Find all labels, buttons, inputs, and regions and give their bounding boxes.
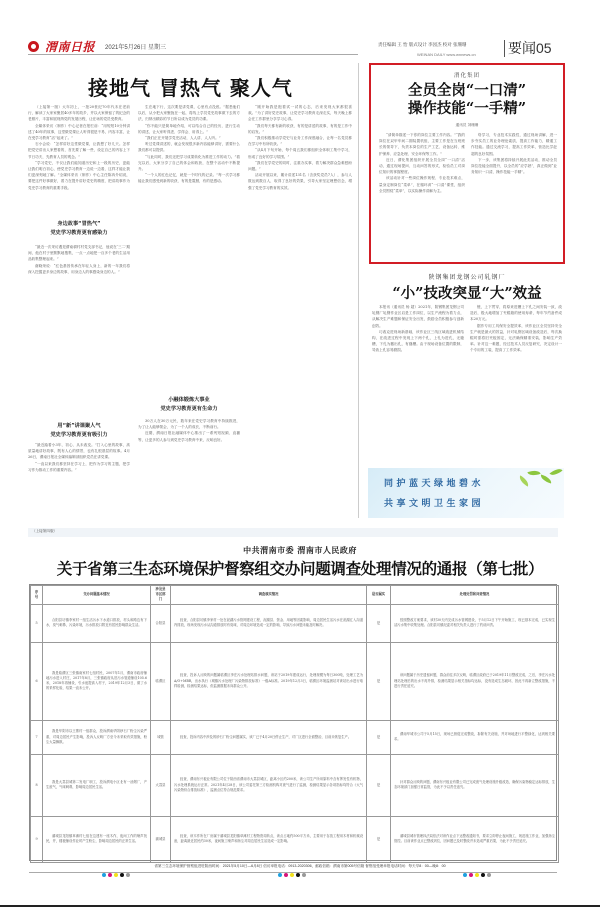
finding-cell: 经查，投诉人反映的问题属临渭区李庄污水处理站排水问题，该站于2019年建成运行，… xyxy=(171,642,367,720)
notice-title: 关于省第三生态环境保护督察组交办问题调查处理情况的通报（第七批） xyxy=(0,557,600,579)
table-row: 7 我是华阴市以王寨村一组群众，投诉渭南华阴砂石厂粉尘污染严重，对周边居民产生影… xyxy=(31,720,559,754)
feature-byline: 通讯员 刘珊珊 xyxy=(371,123,563,128)
district-cell: 临渭区 xyxy=(151,642,171,720)
issue-cell: 蒲城县龙阳镇草滩村七组在这建有一座木作，夜间工作的噪声扰民，并，楼板铺设作业时产… xyxy=(43,816,151,862)
paragraph: “与此同时，我们还把学习成果转化为推进工作的动力。”看完以后，大家分享了自己的体… xyxy=(138,154,240,173)
row-number: 7 xyxy=(31,720,43,754)
table-row: 5 合阳县坊镇李家村一组生活污水下水道口排放，村头和路边有下水，臭气刺鼻，污染环… xyxy=(31,604,559,642)
story-column-1: （上接第一版）大年初上，一批20世纪70年代末在老前行，解读了大家家聚居40多年… xyxy=(28,104,130,214)
registration-marks xyxy=(102,873,130,877)
leaf-icon xyxy=(517,475,530,486)
paragraph: “最近一次采访遇见渭南耕村村党支部书记，他说在‘三二’期间，他在村子里默默地搜集… xyxy=(28,244,130,263)
feature-title: 全员全岗“一口清” 操作技能“一手精” xyxy=(371,82,563,118)
paragraph: “学习党史，不仅让我们能知道历史和上一段的历史，更能让我们明白初心，使党史学习教… xyxy=(28,160,130,191)
cyan-dot-icon xyxy=(463,873,467,877)
paragraph: “从4月下旬开始，每个周五我们都组织全体职工集中学习，形成了良好的学习氛围。” xyxy=(248,147,352,159)
featured-article-box[interactable]: 渭化集团 全员全岗“一口清” 操作技能“一手精” 通讯员 刘珊珊 “请简单描述一… xyxy=(369,63,565,264)
paragraph: “我们积极推动学党史与业务工作深度融合，让每一名党员都在学习中有所收获。” xyxy=(248,135,352,147)
paragraph: 听过党课讲述的，就会发现很多新内容能够讲好，需要什么我们都可以提供。 xyxy=(138,141,240,153)
valid-cell: 是 xyxy=(367,816,391,862)
feature2-column-1: 本报讯（通讯员 杨 超）2021年，陕钢集团龙钢公司轧钢厂轧钢作业区启是工作岗位… xyxy=(372,304,464,460)
paragraph: 近期，渭南日报社融媒体中心推出了一系列短视频、直播等，让更多的人参与到党史学习教… xyxy=(138,430,240,442)
column-header: 序号 xyxy=(31,586,43,605)
subheading-line: 小融体锻炼大事业 xyxy=(138,396,240,405)
column-header: 涉及县市区部门 xyxy=(151,586,171,605)
row-number: 8 xyxy=(31,754,43,816)
district-cell: 大荔县 xyxy=(151,754,171,816)
feature2-kicker: 陕钢集团龙钢公司轧钢厂 xyxy=(369,272,565,281)
paragraph: 本报讯（通讯员 杨 超）2021年，陕钢集团龙钢公司轧钢厂轧钢作业区启是工作岗位… xyxy=(372,304,464,329)
notice-table: 序号 交办问题基本情况 涉及县市区部门 调查核实情况 是否属实 处理处罚和问责情… xyxy=(29,584,557,861)
paragraph: 30万人在30万元民，数年来在党史学习教育中持续推进，为了让人能够领会，为了一个… xyxy=(138,418,240,430)
district-cell: 合阳县 xyxy=(151,604,171,642)
paragraph: 巧改克进现场新基础，该作业区三线区域改进机械结构，在改进过程中发现上下两个孔，上… xyxy=(372,329,464,354)
valid-cell: 是 xyxy=(367,754,391,816)
row-number: 5 xyxy=(31,604,43,642)
masthead: 渭南日报 2021年5月26日 星期三 xyxy=(28,38,166,55)
district-cell: 蒲城县 xyxy=(151,816,171,862)
section-name: 要闻 xyxy=(508,41,536,57)
feature2-column-2: 链，上下贯穿，将原来进槽上下孔之间安装一致，改造后，极大地增加了夹辊箱的使用寿命… xyxy=(470,304,562,460)
feature-column-1: “请简单描述一下你的岗位主要工作内容。”“我的岗位在双甲车间二期装置机组，主要工… xyxy=(379,132,465,260)
yellow-dot-icon xyxy=(290,873,294,877)
leaf-icon xyxy=(549,468,562,478)
table-row: 9 蒲城县龙阳镇草滩村七组在这建有一座木作，夜间工作的噪声扰民，并，楼板铺设作业… xyxy=(31,816,559,862)
black-dot-icon xyxy=(296,873,300,877)
gray-dot-icon xyxy=(487,873,491,877)
action-cell: 蒲城县城市管理执法局依法对该作业点下达整改通知书，要求立即停止夜间施工，规范施工… xyxy=(391,816,559,862)
subheading-line: 党史学习教育更有感染力 xyxy=(28,229,130,238)
valid-cell: 是 xyxy=(367,642,391,720)
paragraph: “刚开始我是抱着试一试的心态，后来发现大家都很喜欢。”为了讲好党史故事，让党史学… xyxy=(248,104,352,123)
issue-cell: 我是华阴市以王寨村一组群众，投诉渭南华阴砂石厂粉尘污染严重，对周边居民产生影响，… xyxy=(43,720,151,754)
newspaper-page: 渭南日报 2021年5月26日 星期三 责任编辑 王 怡 版式设计 李园杰 校对… xyxy=(0,0,600,907)
paragraph: 活动开展以来，累计讲述131名（含获奖党员7人），参与人数达到数百人，取得了良好… xyxy=(248,172,352,191)
yellow-dot-icon xyxy=(114,873,118,877)
black-dot-icon xyxy=(481,873,485,877)
masthead-rule xyxy=(28,54,358,55)
cyan-dot-icon xyxy=(278,873,282,877)
logo-icon xyxy=(28,41,39,52)
registration-marks xyxy=(278,873,306,877)
banner-line-2: 共享文明卫生家园 xyxy=(384,496,484,509)
yellow-dot-icon xyxy=(475,873,479,877)
public-service-banner[interactable]: 同护蓝天绿地碧水 共享文明卫生家园 xyxy=(368,468,564,518)
story-column-1b: “最近一次采访遇见渭南耕村村党支部书记，他说在‘三二’期间，他在村子里默默地搜集… xyxy=(28,244,130,340)
paragraph: 石小会说：“怎样讲好这堂微党课，让我想了好几天。怎样把党史讲出人家想看的，首先要… xyxy=(28,141,130,160)
section-divider xyxy=(504,40,505,57)
hotline-footer: 省第三生态环境保护督察组进驻陕西时间：2021年5月10日—6月8日 信访举报电… xyxy=(0,864,600,869)
table-header-row: 序号 交办问题基本情况 涉及县市区部门 调查核实情况 是否属实 处理处罚和问责情… xyxy=(31,586,559,605)
gray-dot-icon xyxy=(302,873,306,877)
row-number: 9 xyxy=(31,816,43,862)
column-header: 处理处罚和问责情况 xyxy=(391,586,559,605)
story-column-1c: “最近踏着小3年，初心、从未改变。”打入心里的故事，高质量地讲好故事，既有人心的… xyxy=(28,442,130,516)
valid-cell: 是 xyxy=(367,720,391,754)
feature-title-line: 全员全岗“一口清” xyxy=(371,82,563,100)
registration-marks xyxy=(463,873,491,877)
page-number: 05 xyxy=(536,40,552,56)
subheading-line: 党史学习教育更有生命力 xyxy=(138,405,240,414)
paragraph: “我们在学党史的同时，注重办实事，着力解决群众急难愁盼问题。” xyxy=(248,160,352,172)
subheading-3: 小融体锻炼大事业 党史学习教育更有生命力 xyxy=(138,396,240,414)
paragraph: 谢晓荣说：“红色基因传承在年轻人身上，新的一年我们将深入挖掘更多身边的故事，用身… xyxy=(28,263,130,275)
action-cell: 该问题属于历史遗留问题，群众前往多次反映，临渭区政府已于2019年11月整改完成… xyxy=(391,642,559,720)
column-header: 交办问题基本情况 xyxy=(43,586,151,605)
magenta-dot-icon xyxy=(108,873,112,877)
paragraph: （上接第一版）大年初上，一批20世纪70年代末在老前行，解读了大家家聚居40多年… xyxy=(28,104,130,123)
district-cell: 城管 xyxy=(151,720,171,754)
row-number: 6 xyxy=(31,642,43,720)
website-line: WEINAN DAILY www.wnnews.cn xyxy=(417,52,476,57)
continued-label: （上接第四版） xyxy=(32,529,57,534)
feature2-title: “小”技改突显“大”效益 xyxy=(369,282,565,303)
story-column-3: “刚开始我是抱着试一试的心态，后来发现大家都很喜欢。”为了讲好党史故事，让党史学… xyxy=(248,104,352,516)
paragraph: 下一步，该集团将持续开展此类活动，推动全员岗位技能全面提升，以全员的“应学熟”，… xyxy=(471,157,557,176)
paragraph: “你不能只是简单地介绍，可以结合自己的经历，进行生动的讲述，让大家听得进、学得会… xyxy=(138,123,240,135)
paragraph: “最近踏着小3年，初心、从未改变。”打入心里的故事，高质量地讲好故事，既有人心的… xyxy=(28,442,130,461)
issue-cell: 合阳县坊镇李家村一组生活污水下水道口排放，村头和路边有下水，臭气刺鼻，污染环境，… xyxy=(43,604,151,642)
paragraph: “请简单描述一下你的岗位主要工作内容。”“我的岗位在双甲车间二期装置机组，主要工… xyxy=(379,132,465,157)
finding-cell: 经查，该木作所在厂房属于蒲城县龙阳镇草滩村工程物资周转点，该点占地约500平方米… xyxy=(171,816,367,862)
cyan-dot-icon xyxy=(102,873,106,877)
table-row: 8 我是大荔县城第二发电厂职工，投诉渭电小区北有一油烟厂，产生废气，气味刺鼻，影… xyxy=(31,754,559,816)
subheading-2: 用“新”讲课聚人气 党史学习教育更有吸引力 xyxy=(28,422,130,440)
gray-dot-icon xyxy=(126,873,130,877)
notice-issuers: 中共渭南市委 渭南市人民政府 xyxy=(0,545,600,556)
finding-cell: 经查，渭南东兴板业有限公司位于陕西省渭南市大荔县城区，距离小区约200米，该公司… xyxy=(171,754,367,816)
paragraph: 据作专用工具保安全提效率，该作业区全员坚持安全生产就是最大的效益，针对轧钢区域设… xyxy=(470,323,562,354)
action-cell: 渭南华城市公司于5月15日，现场已督促完成整改，拆除有关设施，并对场地进行平整绿… xyxy=(391,720,559,754)
leaf-icon xyxy=(527,468,540,478)
paragraph: “一直以来我们都坚持在学习上，把作为学习的主题，把学习作为推动工作的重要内容。” xyxy=(28,461,130,473)
paragraph: 络学习，专业技术实践性，通过现场讲解，进一步夯实员工的业务理论素质，提高工作能力… xyxy=(471,132,557,157)
feature-column-2: 络学习，专业技术实践性，通过现场讲解，进一步夯实员工的业务理论素质，提高工作能力… xyxy=(471,132,557,260)
paragraph: 链，上下贯穿，将原来进槽上下孔之间安装一致，改造后，极大地增加了夹辊箱的使用寿命… xyxy=(470,304,562,323)
issue-date: 2021年5月26日 星期三 xyxy=(105,42,166,51)
table-row: 6 我是临渭区三张镇南家村七组村民，2007年1月，渭南市政府铺地污水进入村庄，… xyxy=(31,642,559,720)
issue-cell: 我是临渭区三张镇南家村七组村民，2007年1月，渭南市政府铺地污水进入村庄，20… xyxy=(43,642,151,720)
black-dot-icon xyxy=(120,873,124,877)
feature-title-line: 操作技能“一手精” xyxy=(371,100,563,118)
story-column-2: 生在地下行，这次要是讲党课，心里有点没底。”据悉他们以后，从小把大家聚拢在一起，… xyxy=(138,104,240,394)
paragraph: 该活动针对一些岗位操作规程、专业技术难点，量身定制岗位“菜单”，在循环训“一口清… xyxy=(379,175,465,194)
subheading-line: 身边故事“冒热气” xyxy=(28,220,130,229)
continued-bar: （上接第四版） xyxy=(28,528,558,537)
action-cell: 针对群众反映的问题，渭南东兴板业有限公司已完成废气处理设施升级改造，确保污染物稳… xyxy=(391,754,559,816)
action-cell: 按照整改方案要求，该村30天内完成污水管网建设，于5月12日下午开始施工，现已基… xyxy=(391,604,559,642)
column-header: 调查核实情况 xyxy=(171,586,367,605)
subheading-line: 用“新”讲课聚人气 xyxy=(28,422,130,431)
paragraph: “我们每天都有新的收获，有的是讲述的故事，有的是工作中的启发。” xyxy=(248,123,352,135)
finding-cell: 经查，合阳县坊镇李家村一处在泥湖污水管网建设工程，泥湖县、资金、用地等因素影响，… xyxy=(171,604,367,642)
finding-cell: 经查，投诉内容中涉及的砂石厂粉尘问题属实，该厂已于4月20日停止生产，对厂区进行… xyxy=(171,720,367,754)
subheading-1: 身边故事“冒热气” 党史学习教育更有感染力 xyxy=(28,220,130,238)
editor-credits: 责任编辑 王 怡 版式设计 李园杰 校对 张珊珊 xyxy=(378,42,467,48)
banner-line-1: 同护蓝天绿地碧水 xyxy=(384,476,484,489)
paragraph: 生在地下行，这次要是讲党课，心里有点没底。”据悉他们以后，从小把大家聚拢在一起，… xyxy=(138,104,240,123)
paragraph: “一个人的红色记忆，就是一个时代的记录。”每一次学习都能让我们感受到新的收获，有… xyxy=(138,172,240,184)
magenta-dot-icon xyxy=(469,873,473,877)
magenta-dot-icon xyxy=(284,873,288,877)
newspaper-logo: 渭南日报 xyxy=(45,38,95,55)
main-headline: 接地气 冒热气 聚人气 xyxy=(88,72,293,101)
feature-kicker: 渭化集团 xyxy=(371,71,563,79)
subheading-line: 党史学习教育更有吸引力 xyxy=(28,431,130,440)
column-header: 是否属实 xyxy=(367,586,391,605)
issue-cell: 我是大荔县城第二发电厂职工，投诉渭电小区北有一油烟厂，产生废气，气味刺鼻，影响周… xyxy=(43,754,151,816)
column-rule xyxy=(358,63,359,518)
story-column-2b: 30万人在30万元民，数年来在党史学习教育中持续推进，为了让人能够领会，为了一个… xyxy=(138,418,240,516)
leaf-icon xyxy=(539,475,552,484)
section-label: 要闻05 xyxy=(508,38,552,58)
paragraph: 近日，渭化集团组织开展全员全岗“一口清”活动，通过现场提问、互动问答的形式，检验… xyxy=(379,157,465,176)
valid-cell: 是 xyxy=(367,604,391,642)
paragraph: 全媒体采访（制作）中心记者在报栏前：“用短短10分钟讲述了40年的故事，这堂微党… xyxy=(28,123,130,142)
